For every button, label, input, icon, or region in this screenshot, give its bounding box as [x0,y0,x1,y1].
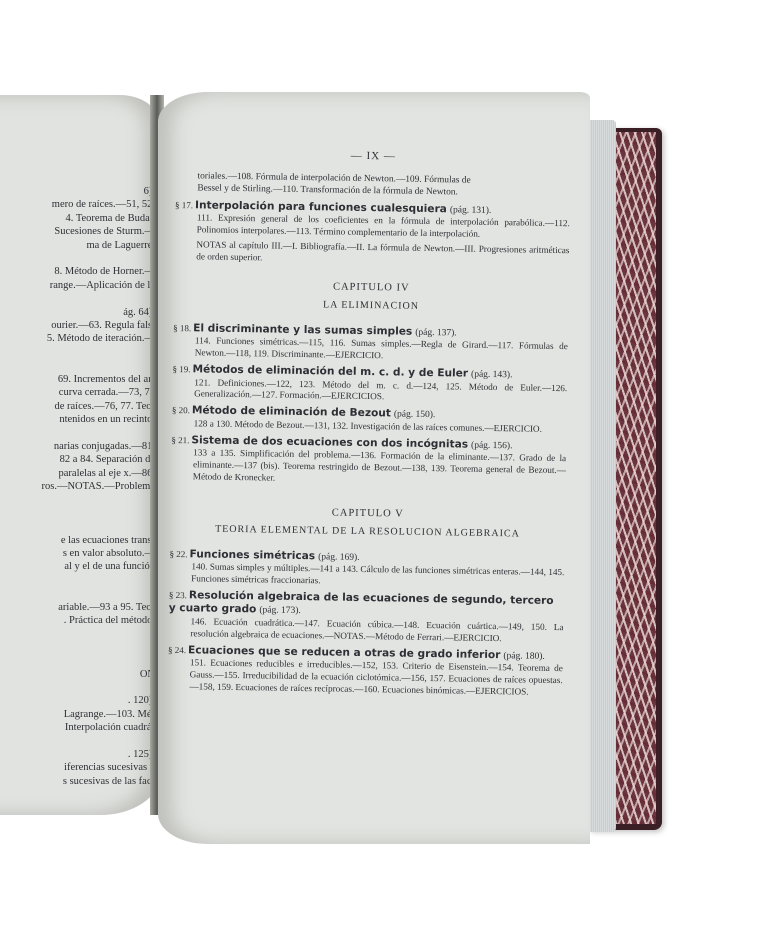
left-page-line: curva cerrada.—73, 74 [0,386,155,399]
left-page-line: al y el de una función [0,560,155,573]
toc-section-24: § 24.Ecuaciones que se reducen a otras d… [167,644,563,699]
left-page-line [0,359,155,372]
left-page-line [0,627,155,640]
left-page-line: 4. Teorema de Budan [0,212,155,225]
section-number: § 18. [173,322,193,335]
table-of-contents: — IX — toriales.—108. Fórmula de interpo… [167,147,571,702]
left-page-line: 69. Incrementos del ar- [0,373,155,386]
left-page-line [0,735,155,748]
toc-section-19: § 19.Métodos de eliminación del m. c. d.… [172,363,568,406]
section-number: § 21. [171,433,191,446]
left-page-line: e las ecuaciones trans- [0,534,155,547]
left-page-line: narias conjugadas.—81. [0,440,155,453]
section-page: (pág. 131). [450,205,492,216]
left-page-line: range.—Aplicación de la [0,279,155,292]
left-page-line [0,346,155,359]
toc-section-18: § 18.El discriminante y las sumas simple… [173,322,569,365]
section-page: (pág. 169). [318,552,360,563]
left-page-line [0,641,155,654]
left-page-line: ág. 64). [0,306,155,319]
section-title: Funciones simétricas [190,548,316,562]
left-page-line: ntenidos en un recinto. [0,413,155,426]
left-page-line [0,520,155,533]
toc-section-23: § 23.Resolución algebraica de las ecuaci… [168,589,564,646]
section-number: § 19. [172,363,192,376]
left-page-text: 6).mero de raíces.—51, 52.4. Teorema de … [0,185,155,788]
left-page-line [0,292,155,305]
left-page: 6).mero de raíces.—51, 52.4. Teorema de … [0,95,160,815]
left-page-line [0,507,155,520]
section-title: Método de eliminación de Bezout [192,404,391,419]
section-number: § 22. [170,548,190,561]
toc-section-22: § 22.Funciones simétricas(pág. 169). 140… [169,548,565,591]
chapter-notes: NOTAS al capítulo III.—I. Bibliografía.—… [174,239,569,269]
left-page-line: . 125). [0,748,155,761]
left-page-line: ariable.—93 a 95. Teo- [0,601,155,614]
section-page: (pág. 143). [471,370,513,381]
page-number: — IX — [176,147,571,166]
section-body: 133 a 135. Simplificación del problema.—… [171,447,567,489]
left-page-line: 8. Método de Horner.— [0,265,155,278]
left-page-line [0,654,155,667]
section-number: § 23. [169,589,189,602]
section-body: 114. Funciones simétricas.—115, 116. Sum… [173,335,568,365]
left-page-line: ros.—NOTAS.—Problema [0,480,155,493]
left-page-line: 6). [0,185,155,198]
left-page-line: de raíces.—76, 77. Teo- [0,400,155,413]
left-page-line: iferencias sucesivas y [0,761,155,774]
section-body: 140. Sumas simples y múltiples.—141 a 14… [169,561,564,591]
left-page-line [0,681,155,694]
chapter-label: CAPITULO V [170,504,565,523]
left-page-line: paralelas al eje x.—86. [0,467,155,480]
left-page-line: s en valor absoluto.— [0,547,155,560]
section-number: § 24. [168,644,188,657]
section-body: 151. Ecuaciones reducibles e irreducible… [167,657,563,699]
left-page-line [0,587,155,600]
chapter-title: TEORIA ELEMENTAL DE LA RESOLUCION ALGEBR… [170,523,565,542]
toc-section-21: § 21.Sistema de dos ecuaciones con dos i… [171,433,567,488]
section-body: 146. Ecuación cuadrática.—147. Ecuación … [168,616,563,646]
left-page-line: mero de raíces.—51, 52. [0,198,155,211]
left-page-line: . Práctica del método. [0,614,155,627]
toc-section-17: § 17.Interpolación para funciones cuales… [175,199,571,242]
left-page-line: Sucesiones de Sturm.— [0,225,155,238]
left-page-line: Lagrange.—103. Mé- [0,708,155,721]
section-page: (pág. 180). [503,651,545,662]
chapter-title: LA ELIMINACION [173,297,568,316]
left-page-line: ma de Laguerre. [0,239,155,252]
section-body: 111. Expresión general de los coeficient… [175,212,570,242]
section-number: § 20. [172,404,192,417]
section-number: § 17. [175,199,195,212]
toc-section-20: § 20.Método de eliminación de Bezout(pág… [172,404,567,436]
left-page-line [0,252,155,265]
section-page: (pág. 137). [415,328,457,339]
section-page: (pág. 173). [259,606,301,617]
left-page-line: . 120). [0,694,155,707]
left-page-line [0,426,155,439]
left-page-line: ON [0,668,155,681]
book-photo: 6).mero de raíces.—51, 52.4. Teorema de … [0,0,768,937]
left-page-line: Interpolación cuadrá- [0,721,155,734]
left-page-line: s sucesivas de las fac- [0,775,155,788]
right-page: — IX — toriales.—108. Fórmula de interpo… [158,92,590,844]
section-page: (pág. 156). [471,440,513,451]
section-page: (pág. 150). [394,410,436,421]
chapter-label: CAPITULO IV [174,279,569,298]
section-title: Resolución algebraica de las ecuaciones … [169,589,554,616]
left-page-line: ourier.—63. Regula falsi [0,319,155,332]
left-page-line [0,493,155,506]
left-page-line [0,574,155,587]
left-page-line: 5. Método de iteración.— [0,332,155,345]
left-page-line: 82 a 84. Separación de [0,453,155,466]
